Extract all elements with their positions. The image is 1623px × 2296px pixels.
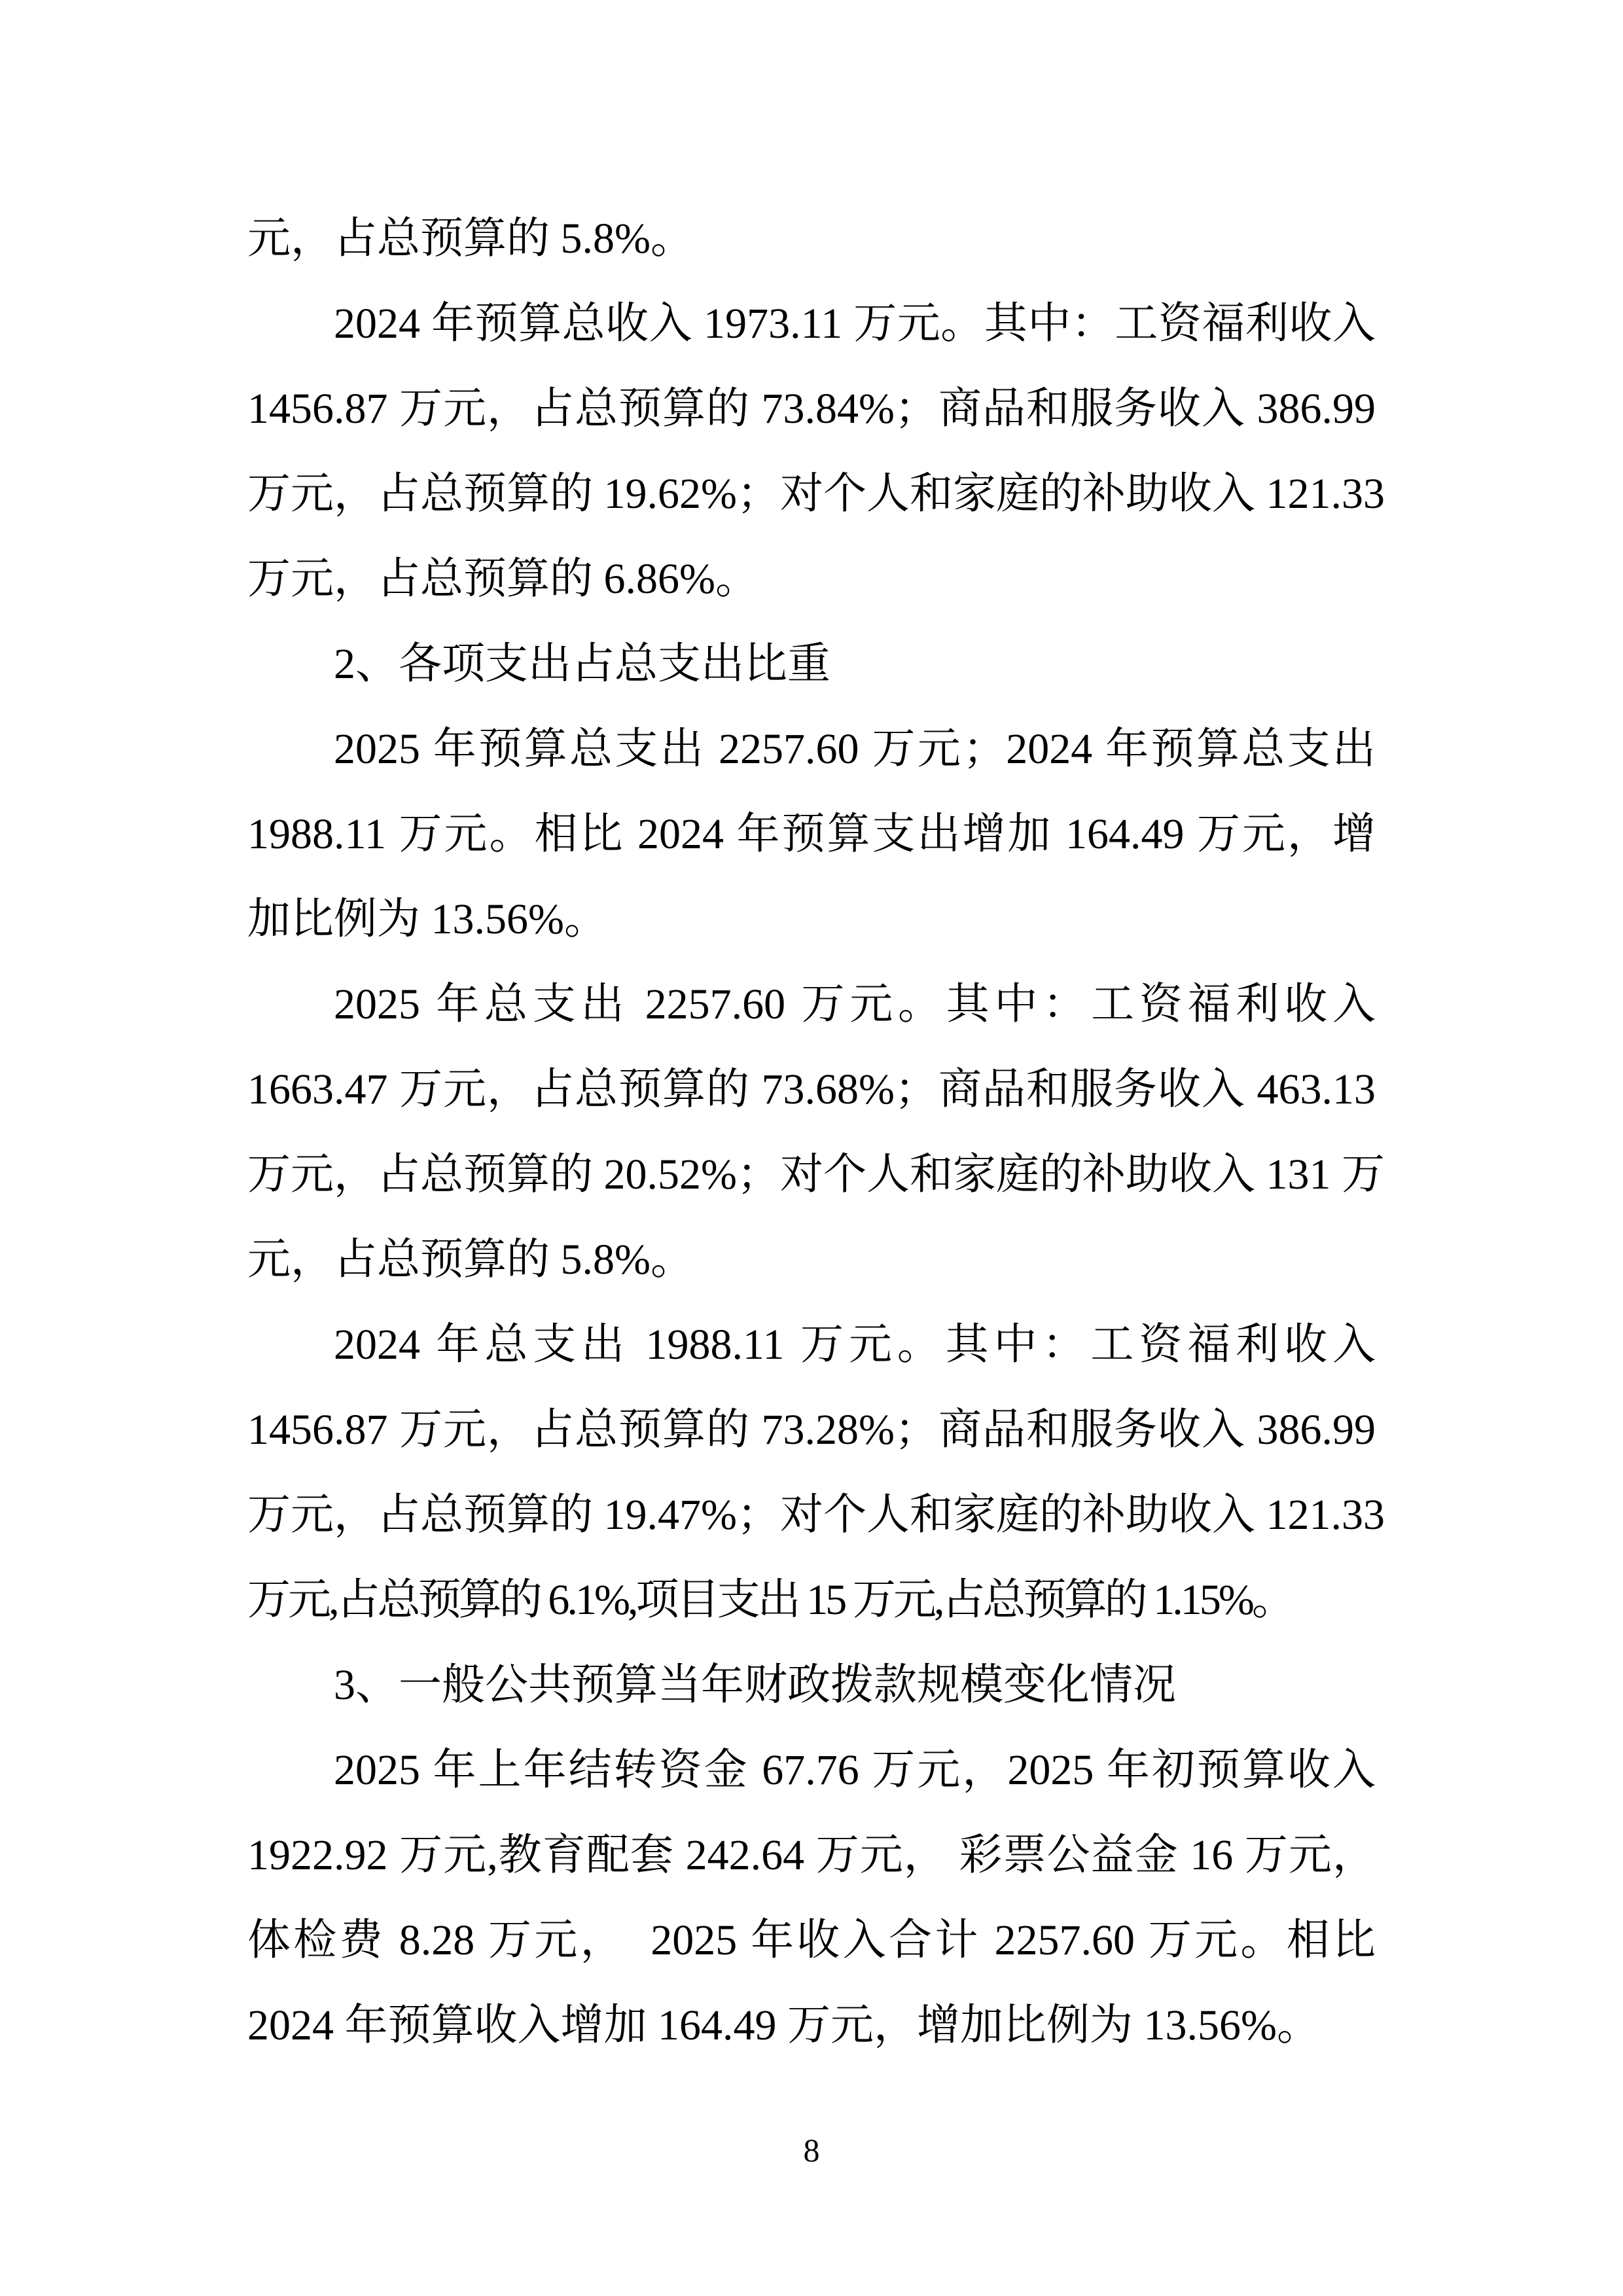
text-line: 1663.47 万元，占总预算的 73.68%；商品和服务收入 463.13 — [247, 1047, 1376, 1132]
document-body: 元，占总预算的 5.8%。 2024 年预算总收入 1973.11 万元。其中：… — [247, 196, 1376, 2068]
text-line: 2025 年总支出 2257.60 万元。其中：工资福利收入 — [247, 962, 1376, 1047]
text-line: 万元,占总预算的 6.1%,项目支出 15 万元,占总预算的 1.15%。 — [247, 1558, 1376, 1643]
text-line: 2024 年总支出 1988.11 万元。其中：工资福利收入 — [247, 1302, 1376, 1388]
text-line: 加比例为 13.56%。 — [247, 877, 1376, 962]
text-line: 万元，占总预算的 19.47%；对个人和家庭的补助收入 121.33 — [247, 1473, 1376, 1558]
page-number: 8 — [0, 2108, 1623, 2193]
text-line: 1922.92 万元,教育配套 242.64 万元， 彩票公益金 16 万元， — [247, 1813, 1376, 1898]
text-line: 万元，占总预算的 6.86%。 — [247, 537, 1376, 622]
document-page: 元，占总预算的 5.8%。 2024 年预算总收入 1973.11 万元。其中：… — [0, 0, 1623, 2296]
text-line: 体检费 8.28 万元， 2025 年收入合计 2257.60 万元。相比 — [247, 1898, 1376, 1983]
text-line: 1456.87 万元，占总预算的 73.28%；商品和服务收入 386.99 — [247, 1388, 1376, 1473]
section-heading: 2、各项支出占总支出比重 — [247, 622, 1376, 707]
text-line: 2024 年预算收入增加 164.49 万元，增加比例为 13.56%。 — [247, 1983, 1376, 2068]
text-line: 万元，占总预算的 20.52%；对个人和家庭的补助收入 131 万 — [247, 1132, 1376, 1217]
text-line: 2025 年预算总支出 2257.60 万元；2024 年预算总支出 — [247, 707, 1376, 792]
section-heading: 3、一般公共预算当年财政拨款规模变化情况 — [247, 1643, 1376, 1728]
text-line: 元，占总预算的 5.8%。 — [247, 196, 1376, 281]
text-line: 1988.11 万元。相比 2024 年预算支出增加 164.49 万元，增 — [247, 792, 1376, 877]
text-line: 2024 年预算总收入 1973.11 万元。其中：工资福利收入 — [247, 281, 1376, 367]
text-line: 元，占总预算的 5.8%。 — [247, 1217, 1376, 1302]
text-line: 1456.87 万元，占总预算的 73.84%；商品和服务收入 386.99 — [247, 367, 1376, 452]
text-line: 万元，占总预算的 19.62%；对个人和家庭的补助收入 121.33 — [247, 452, 1376, 537]
text-line: 2025 年上年结转资金 67.76 万元，2025 年初预算收入 — [247, 1728, 1376, 1813]
